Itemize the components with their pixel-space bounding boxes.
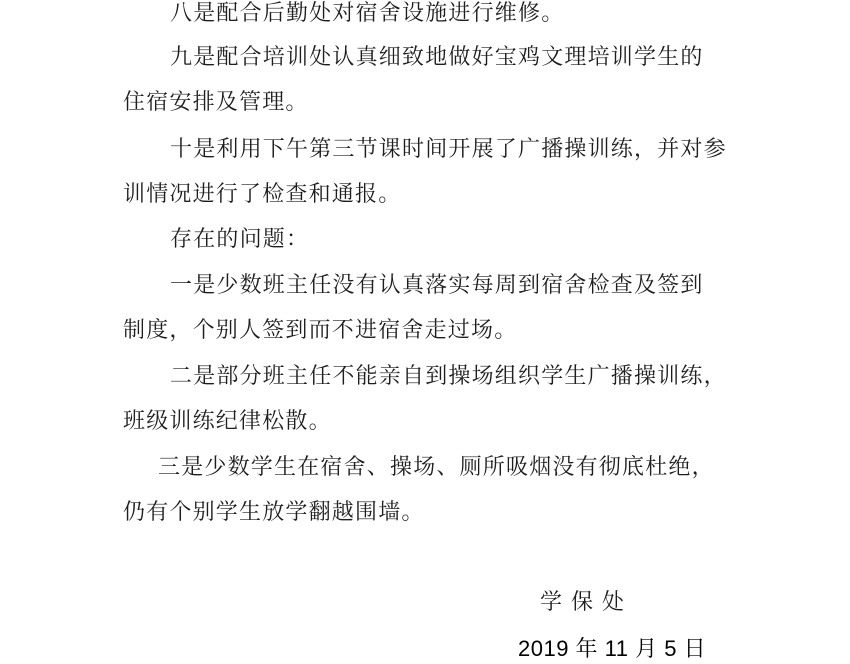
- issue-date: 2019 年 11 月 5 日: [518, 635, 706, 663]
- text-line: 住宿安排及管理。: [123, 89, 309, 117]
- text-line: 班级训练纪律松散。: [123, 408, 332, 436]
- text-line: 十是利用下午第三节课时间开展了广播操训练，并对参: [170, 136, 727, 164]
- issuing-office: 学保处: [540, 589, 633, 617]
- text-line: 二是部分班主任不能亲自到操场组织学生广播操训练，: [170, 363, 727, 391]
- text-line: 九是配合培训处认真细致地做好宝鸡文理培训学生的: [170, 44, 704, 72]
- text-line: 一是少数班主任没有认真落实每周到宿舍检查及签到: [170, 272, 704, 300]
- text-line: 制度，个别人签到而不进宿舍走过场。: [123, 317, 517, 345]
- text-line: 八是配合后勤处对宿舍设施进行维修。: [170, 0, 564, 28]
- section-heading-text: 存在的问题：: [170, 226, 309, 254]
- text-line: 三是少数学生在宿舍、操场、厕所吸烟没有彻底杜绝，: [158, 454, 715, 482]
- text-line: 训情况进行了检查和通报。: [123, 181, 401, 209]
- text-line: 仍有个别学生放学翻越围墙。: [123, 499, 425, 527]
- document-page: 八是配合后勤处对宿舍设施进行维修。 九是配合培训处认真细致地做好宝鸡文理培训学生…: [0, 0, 850, 664]
